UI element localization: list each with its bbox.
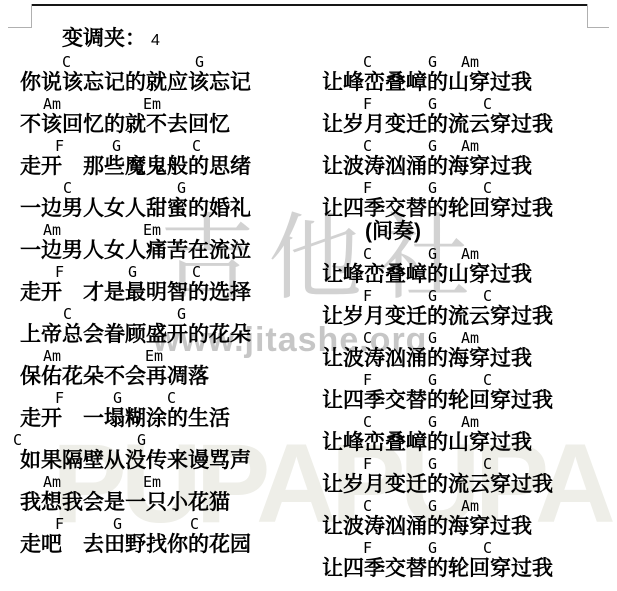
- chord-label: G: [177, 179, 186, 197]
- chord-label: C: [483, 371, 492, 389]
- song-line: FGC走开 才是最明智的选择: [20, 262, 315, 304]
- song-line: CG你说该忘记的就应该忘记: [20, 52, 315, 94]
- chord-label: Am: [43, 221, 61, 239]
- chord-label: G: [428, 137, 437, 155]
- chord-label: F: [363, 539, 372, 557]
- chord-row: FGC: [322, 286, 617, 306]
- chord-label: C: [483, 287, 492, 305]
- chord-row: CG: [20, 52, 315, 72]
- chord-sheet-page: PUPAPUPA ! 吉他社 www.jitashe.org 变调夹：4 CG你…: [0, 0, 617, 591]
- chord-row: FGC: [20, 136, 315, 156]
- chord-label: C: [483, 179, 492, 197]
- chord-label: Am: [461, 497, 479, 515]
- chord-row: FGC: [322, 370, 617, 390]
- chord-row: FGC: [20, 388, 315, 408]
- lyric-line: 让岁月变迁的流云穿过我: [322, 114, 617, 136]
- lyrics-column-left: CG你说该忘记的就应该忘记AmEm不该回忆的就不去回忆FGC走开 那些魔鬼般的思…: [20, 52, 315, 556]
- lyrics-column-right: CGAm让峰峦叠嶂的山穿过我FGC让岁月变迁的流云穿过我CGAm让波涛汹涌的海穿…: [322, 52, 617, 580]
- page-corner-left-vertical: [31, 4, 32, 28]
- chord-row: FGC: [20, 262, 315, 282]
- page-corner-right-vertical: [587, 4, 588, 28]
- interlude-label: (间奏): [322, 220, 617, 244]
- chord-row: CGAm: [322, 328, 617, 348]
- chord-label: C: [192, 137, 201, 155]
- chord-row: FGC: [322, 538, 617, 558]
- lyric-line: 让波涛汹涌的海穿过我: [322, 516, 617, 538]
- chord-label: F: [363, 179, 372, 197]
- chord-label: Em: [143, 473, 161, 491]
- chord-label: F: [55, 263, 64, 281]
- chord-label: C: [363, 413, 372, 431]
- chord-row: CGAm: [322, 412, 617, 432]
- chord-row: FGC: [20, 514, 315, 534]
- chord-label: G: [137, 431, 146, 449]
- chord-row: CGAm: [322, 52, 617, 72]
- chord-label: G: [428, 95, 437, 113]
- chord-label: F: [363, 95, 372, 113]
- chord-label: G: [428, 53, 437, 71]
- song-line: FGC走吧 去田野找你的花园: [20, 514, 315, 556]
- chord-label: Em: [145, 347, 163, 365]
- song-line: FGC让岁月变迁的流云穿过我: [322, 94, 617, 136]
- chord-label: F: [55, 389, 64, 407]
- chord-label: C: [363, 137, 372, 155]
- chord-row: FGC: [322, 94, 617, 114]
- lyric-line: 让峰峦叠嶂的山穿过我: [322, 432, 617, 454]
- chord-label: G: [112, 137, 121, 155]
- chord-label: C: [13, 431, 22, 449]
- chord-row: FGC: [322, 178, 617, 198]
- song-line: AmEm一边男人女人痛苦在流泣: [20, 220, 315, 262]
- lyric-line: 让四季交替的轮回穿过我: [322, 390, 617, 412]
- lyric-line: 一边男人女人痛苦在流泣: [20, 240, 315, 262]
- chord-label: C: [363, 497, 372, 515]
- chord-label: G: [128, 263, 137, 281]
- chord-label: G: [428, 371, 437, 389]
- lyric-line: 让四季交替的轮回穿过我: [322, 558, 617, 580]
- chord-label: C: [363, 329, 372, 347]
- lyric-line: 走吧 去田野找你的花园: [20, 534, 315, 556]
- chord-label: G: [428, 413, 437, 431]
- chord-label: F: [55, 515, 64, 533]
- chord-label: Am: [43, 95, 61, 113]
- song-line: CG上帝总会眷顾盛开的花朵: [20, 304, 315, 346]
- chord-row: CG: [20, 178, 315, 198]
- lyric-line: 上帝总会眷顾盛开的花朵: [20, 324, 315, 346]
- chord-label: G: [195, 53, 204, 71]
- chord-label: C: [167, 389, 176, 407]
- chord-row: AmEm: [20, 472, 315, 492]
- chord-label: G: [428, 179, 437, 197]
- chord-label: Am: [461, 53, 479, 71]
- lyric-line: 让波涛汹涌的海穿过我: [322, 348, 617, 370]
- lyric-line: 让岁月变迁的流云穿过我: [322, 474, 617, 496]
- lyric-line: 我想我会是一只小花猫: [20, 492, 315, 514]
- song-line: FGC让岁月变迁的流云穿过我: [322, 454, 617, 496]
- page-corner-left-horizontal: [8, 27, 32, 28]
- chord-label: Am: [461, 329, 479, 347]
- chord-label: Am: [43, 347, 61, 365]
- chord-label: F: [363, 287, 372, 305]
- lyric-line: 让峰峦叠嶂的山穿过我: [322, 264, 617, 286]
- chord-label: C: [483, 455, 492, 473]
- capo-setting: 变调夹：4: [62, 28, 160, 52]
- chord-label: C: [483, 95, 492, 113]
- chord-label: Am: [43, 473, 61, 491]
- lyric-line: 保佑花朵不会再凋落: [20, 366, 315, 388]
- song-line: FGC走开 一塌糊涂的生活: [20, 388, 315, 430]
- song-line: AmEm不该回忆的就不去回忆: [20, 94, 315, 136]
- lyric-line: 让岁月变迁的流云穿过我: [322, 306, 617, 328]
- capo-label: 变调夹：: [62, 27, 146, 50]
- song-line: CG如果隔壁从没传来谩骂声: [20, 430, 315, 472]
- chord-label: C: [63, 179, 72, 197]
- chord-label: Am: [461, 137, 479, 155]
- song-line: CGAm让波涛汹涌的海穿过我: [322, 328, 617, 370]
- song-line: FGC让岁月变迁的流云穿过我: [322, 286, 617, 328]
- chord-label: G: [428, 287, 437, 305]
- capo-value: 4: [151, 32, 160, 49]
- chord-label: Am: [461, 413, 479, 431]
- song-line: CGAm让波涛汹涌的海穿过我: [322, 136, 617, 178]
- song-line: CGAm让峰峦叠嶂的山穿过我: [322, 52, 617, 94]
- song-line: FGC让四季交替的轮回穿过我: [322, 538, 617, 580]
- chord-label: C: [363, 53, 372, 71]
- chord-label: G: [428, 455, 437, 473]
- chord-label: F: [363, 371, 372, 389]
- lyric-line: 让四季交替的轮回穿过我: [322, 198, 617, 220]
- song-line: AmEm我想我会是一只小花猫: [20, 472, 315, 514]
- chord-row: FGC: [322, 454, 617, 474]
- song-line: CGAm让峰峦叠嶂的山穿过我: [322, 244, 617, 286]
- song-line: CG一边男人女人甜蜜的婚礼: [20, 178, 315, 220]
- chord-label: C: [190, 515, 199, 533]
- chord-label: F: [363, 455, 372, 473]
- chord-label: G: [113, 515, 122, 533]
- lyric-line: 走开 那些魔鬼般的思绪: [20, 156, 315, 178]
- chord-label: G: [428, 245, 437, 263]
- song-line: AmEm保佑花朵不会再凋落: [20, 346, 315, 388]
- song-line: FGC让四季交替的轮回穿过我: [322, 370, 617, 412]
- chord-label: G: [177, 305, 186, 323]
- lyric-line: 走开 才是最明智的选择: [20, 282, 315, 304]
- chord-row: CG: [20, 304, 315, 324]
- song-line: FGC让四季交替的轮回穿过我: [322, 178, 617, 220]
- chord-row: CGAm: [322, 496, 617, 516]
- page-corner-right-horizontal: [587, 27, 609, 28]
- chord-label: C: [192, 263, 201, 281]
- chord-label: G: [428, 539, 437, 557]
- chord-label: G: [113, 389, 122, 407]
- lyric-line: 一边男人女人甜蜜的婚礼: [20, 198, 315, 220]
- chord-label: Am: [461, 245, 479, 263]
- chord-label: Em: [143, 221, 161, 239]
- chord-row: AmEm: [20, 220, 315, 240]
- lyric-line: 你说该忘记的就应该忘记: [20, 72, 315, 94]
- chord-label: G: [428, 497, 437, 515]
- chord-row: AmEm: [20, 94, 315, 114]
- chord-row: CGAm: [322, 244, 617, 264]
- chord-label: Em: [143, 95, 161, 113]
- song-line: CGAm让波涛汹涌的海穿过我: [322, 496, 617, 538]
- chord-label: C: [483, 539, 492, 557]
- page-border-top: [31, 4, 587, 6]
- lyric-line: 走开 一塌糊涂的生活: [20, 408, 315, 430]
- chord-label: F: [55, 137, 64, 155]
- chord-label: C: [63, 305, 72, 323]
- lyric-line: 让波涛汹涌的海穿过我: [322, 156, 617, 178]
- chord-label: G: [428, 329, 437, 347]
- lyric-line: 如果隔壁从没传来谩骂声: [20, 450, 315, 472]
- chord-row: AmEm: [20, 346, 315, 366]
- chord-row: CGAm: [322, 136, 617, 156]
- chord-row: CG: [20, 430, 315, 450]
- chord-label: C: [62, 53, 71, 71]
- lyric-line: 让峰峦叠嶂的山穿过我: [322, 72, 617, 94]
- chord-label: C: [363, 245, 372, 263]
- lyric-line: 不该回忆的就不去回忆: [20, 114, 315, 136]
- song-line: CGAm让峰峦叠嶂的山穿过我: [322, 412, 617, 454]
- song-line: FGC走开 那些魔鬼般的思绪: [20, 136, 315, 178]
